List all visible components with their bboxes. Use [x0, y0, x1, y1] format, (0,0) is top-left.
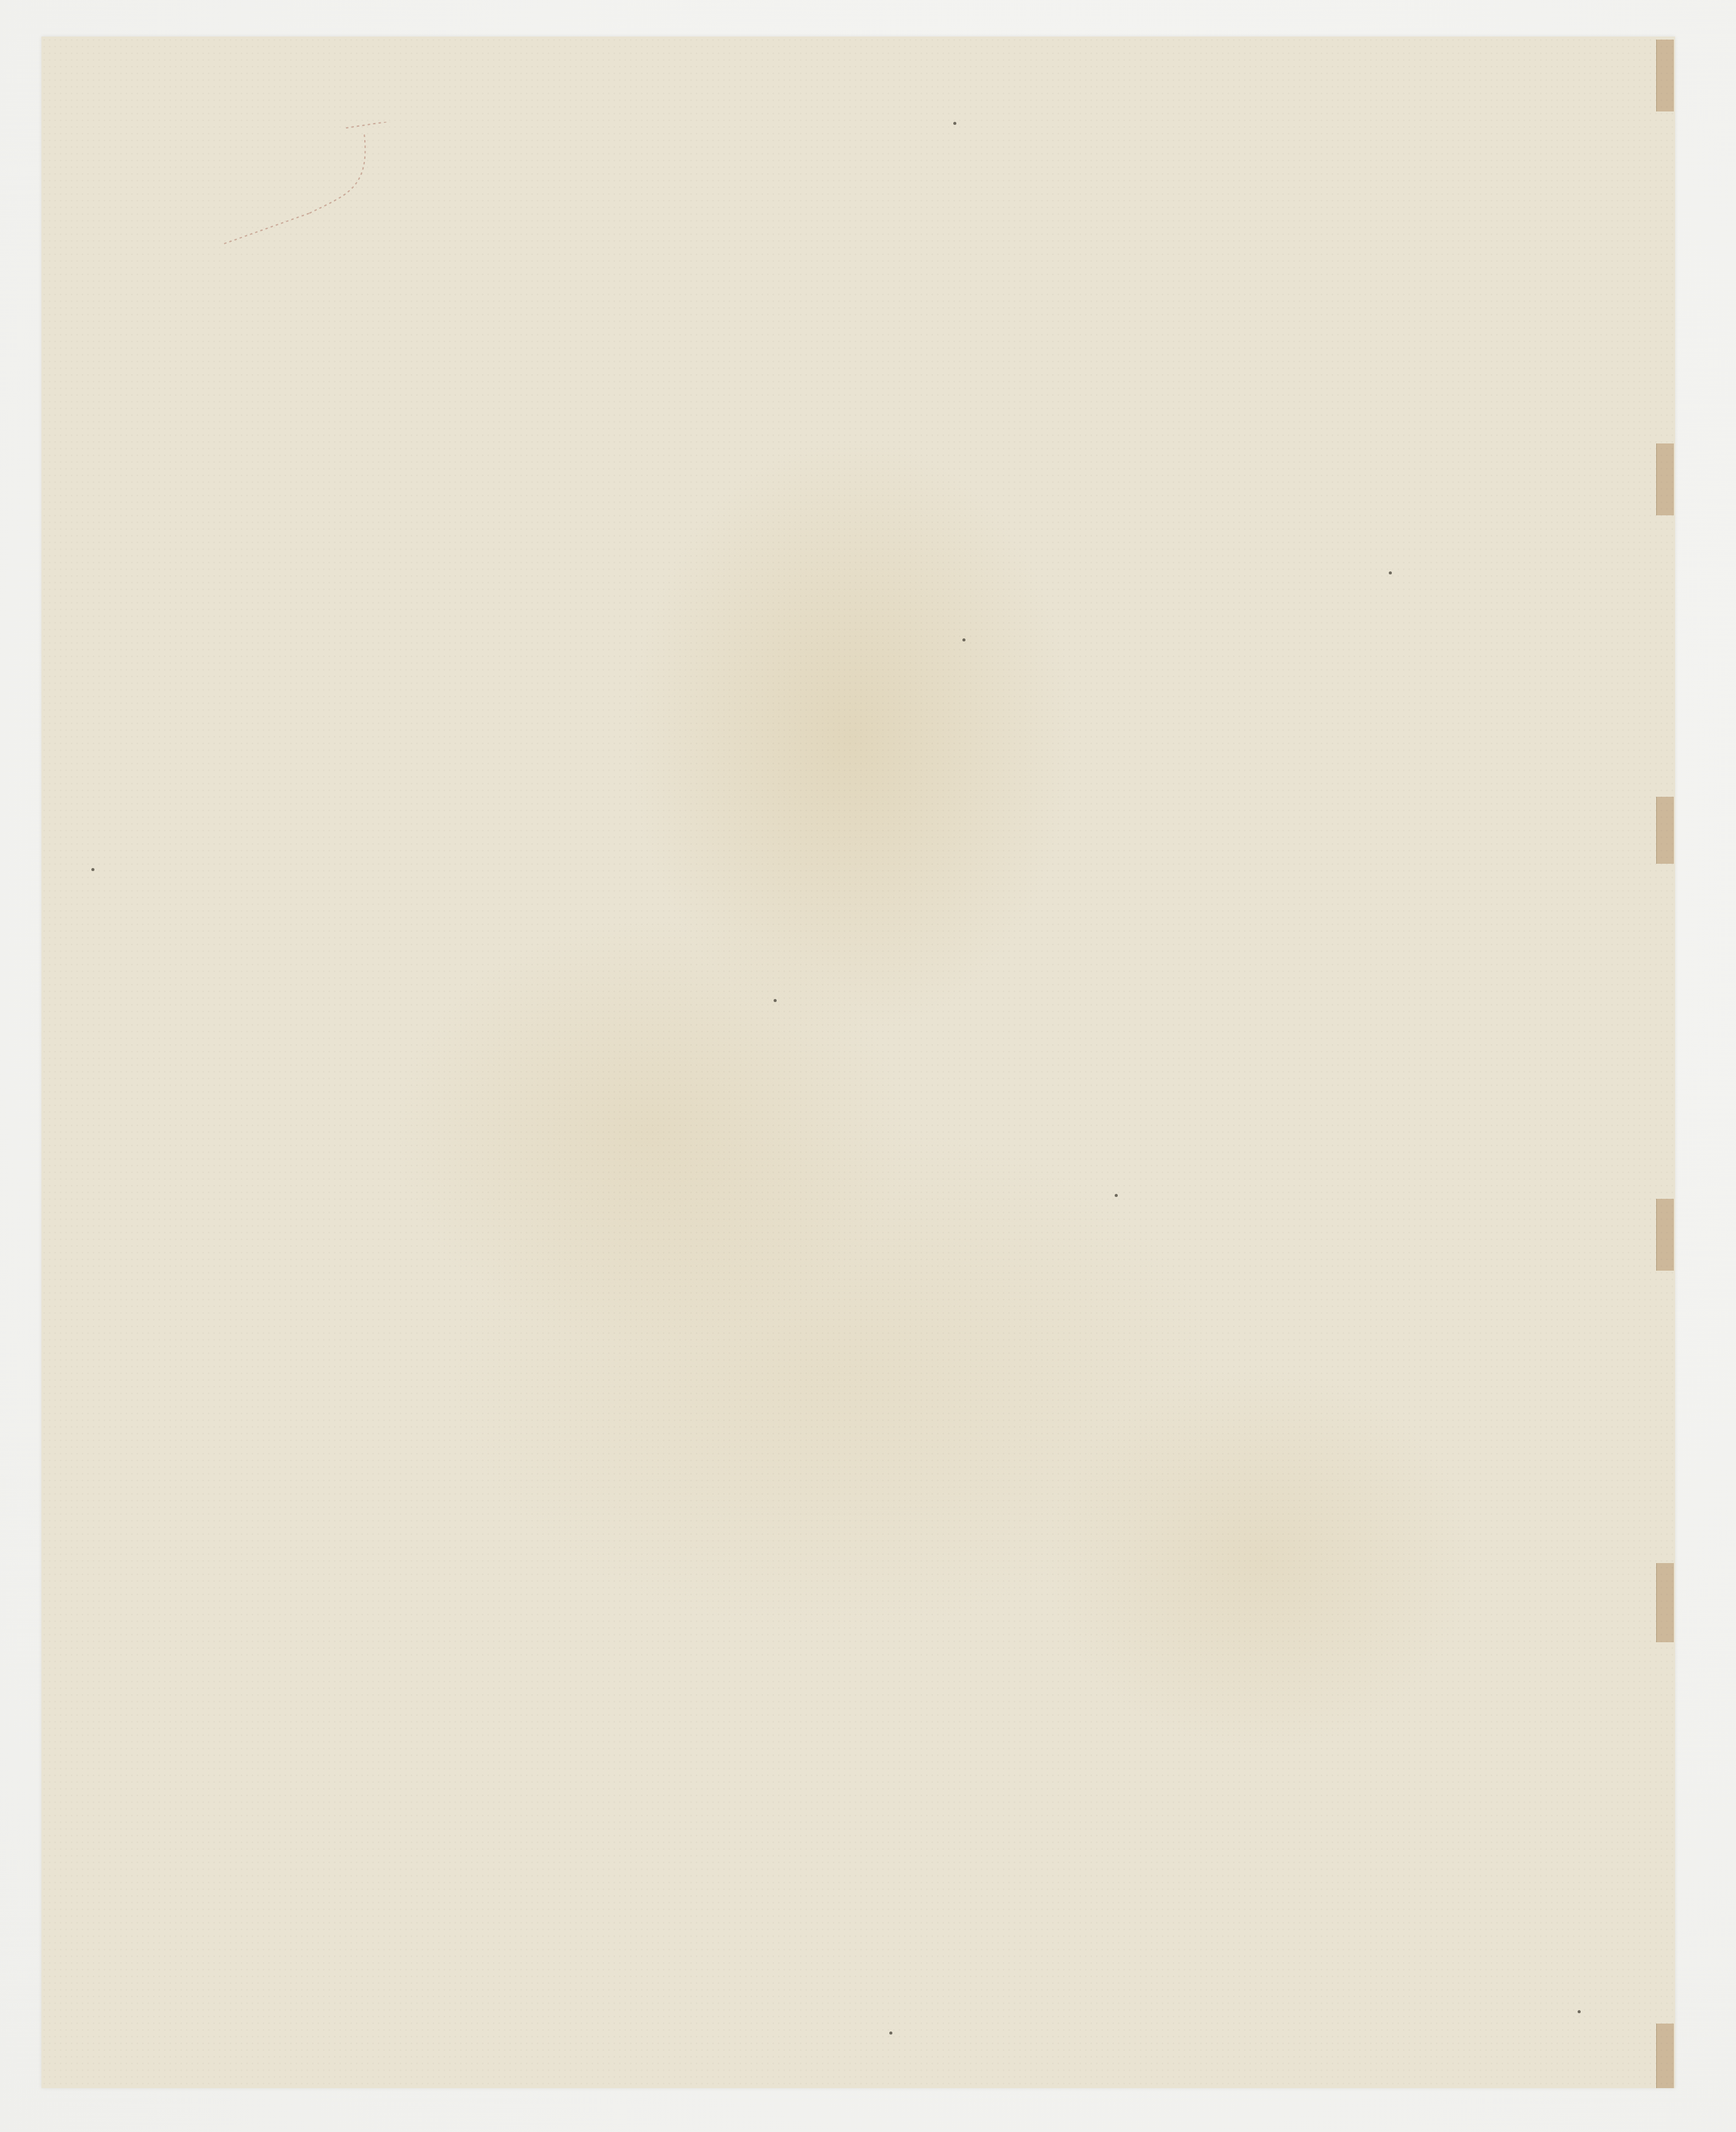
paper-speck	[91, 868, 94, 871]
tape-strip	[1656, 2024, 1674, 2088]
paper-speck	[774, 999, 777, 1002]
paper-speck	[1115, 1194, 1118, 1197]
paper-speck	[962, 638, 965, 641]
tape-strip	[1656, 443, 1674, 515]
paper-sheet	[41, 37, 1675, 2088]
tape-strip	[1656, 1199, 1674, 1271]
tape-strip	[1656, 797, 1674, 864]
tape-strip	[1656, 40, 1674, 111]
tape-strip	[1656, 1563, 1674, 1642]
paper-speck	[953, 122, 956, 125]
paper-speck	[1578, 2010, 1581, 2013]
pencil-mark-icon	[218, 122, 498, 256]
paper-speck	[889, 2031, 892, 2035]
paper-speck	[1389, 571, 1392, 574]
